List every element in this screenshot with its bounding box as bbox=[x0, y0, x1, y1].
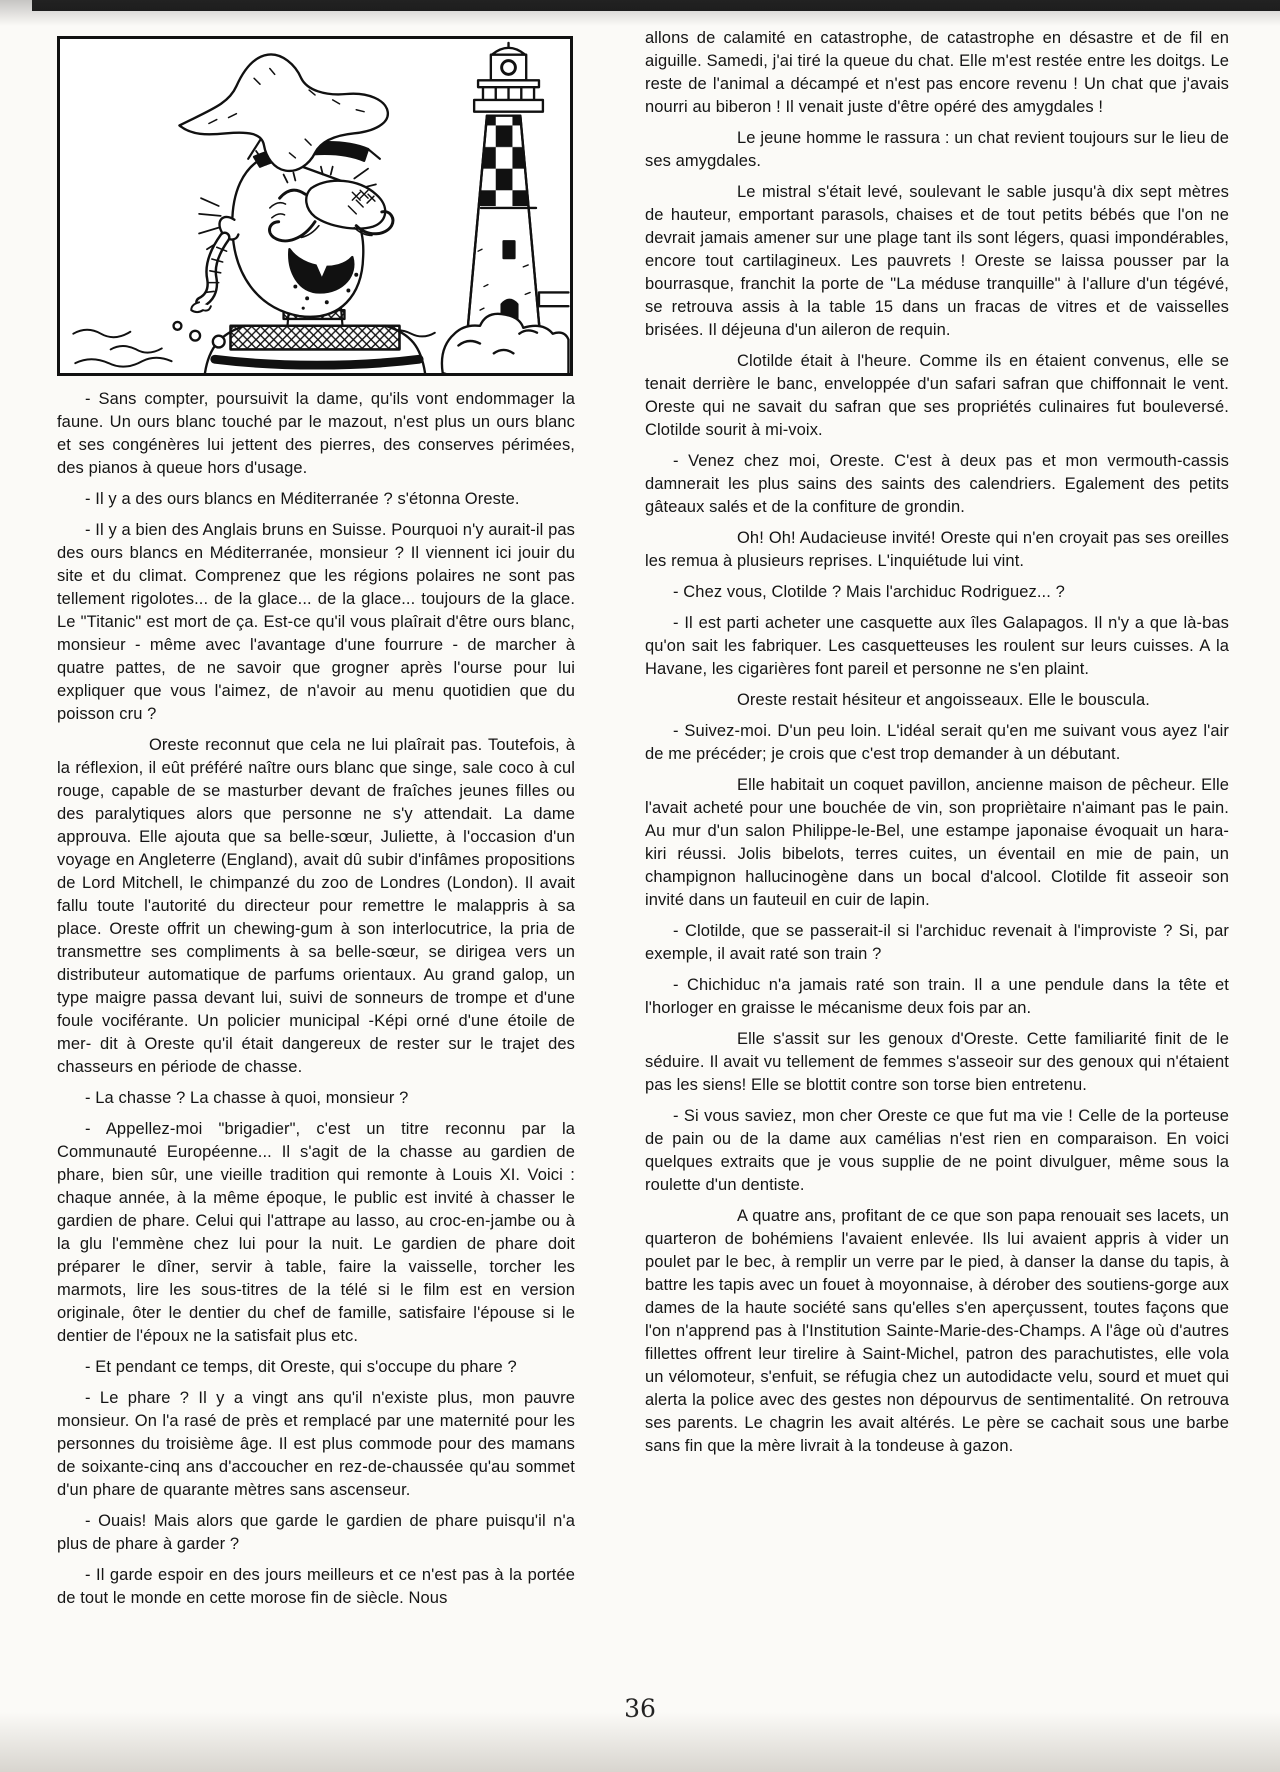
paragraph: Oh! Oh! Audacieuse invité! Oreste qui n'… bbox=[645, 527, 1229, 573]
paragraph: Oreste reconnut que cela ne lui plaîrait… bbox=[57, 734, 575, 1079]
paragraph: Elle habitait un coquet pavillon, ancien… bbox=[645, 774, 1229, 912]
paragraph: Le jeune homme le rassura : un chat revi… bbox=[645, 127, 1229, 173]
text-column-left: - Sans compter, poursuivit la dame, qu'i… bbox=[57, 388, 575, 1618]
scanned-book-page: - Sans compter, poursuivit la dame, qu'i… bbox=[0, 0, 1280, 1772]
scan-artifact-bottom-shade bbox=[0, 1712, 1280, 1772]
tassel bbox=[174, 237, 227, 347]
lighthouse bbox=[442, 43, 569, 373]
text-column-right: allons de calamité en catastrophe, de ca… bbox=[645, 27, 1229, 1466]
scan-artifact-top-shade bbox=[0, 0, 1280, 26]
paragraph: - Il garde espoir en des jours meilleurs… bbox=[57, 1564, 575, 1610]
paragraph: - Le phare ? Il y a vingt ans qu'il n'ex… bbox=[57, 1387, 575, 1502]
sailor bbox=[174, 55, 425, 373]
paragraph: Clotilde était à l'heure. Comme ils en é… bbox=[645, 350, 1229, 442]
paragraph: - Et pendant ce temps, dit Oreste, qui s… bbox=[57, 1356, 575, 1379]
paragraph: Elle s'assit sur les genoux d'Oreste. Ce… bbox=[645, 1028, 1229, 1097]
paragraph: allons de calamité en catastrophe, de ca… bbox=[645, 27, 1229, 119]
paragraph: - Ouais! Mais alors que garde le gardien… bbox=[57, 1510, 575, 1556]
paragraph: A quatre ans, profitant de ce que son pa… bbox=[645, 1205, 1229, 1458]
paragraph: - Il est parti acheter une casquette aux… bbox=[645, 612, 1229, 681]
illustration-frame bbox=[57, 36, 573, 376]
paragraph: - Chichiduc n'a jamais raté son train. I… bbox=[645, 974, 1229, 1020]
paragraph: - Chez vous, Clotilde ? Mais l'archiduc … bbox=[645, 581, 1229, 604]
paragraph: Oreste restait hésiteur et angoisseaux. … bbox=[645, 689, 1229, 712]
paragraph: Le mistral s'était levé, soulevant le sa… bbox=[645, 181, 1229, 342]
paragraph: - Suivez-moi. D'un peu loin. L'idéal ser… bbox=[645, 720, 1229, 766]
paragraph: - Il y a des ours blancs en Méditerranée… bbox=[57, 488, 575, 511]
paragraph: - Sans compter, poursuivit la dame, qu'i… bbox=[57, 388, 575, 480]
paragraph: - Si vous saviez, mon cher Oreste ce que… bbox=[645, 1105, 1229, 1197]
paragraph: - Venez chez moi, Oreste. C'est à deux p… bbox=[645, 450, 1229, 519]
paragraph: - Appellez-moi "brigadier", c'est un tit… bbox=[57, 1118, 575, 1348]
paragraph: - La chasse ? La chasse à quoi, monsieur… bbox=[57, 1087, 575, 1110]
sailor-starfish-lighthouse-drawing bbox=[60, 39, 570, 373]
paragraph: - Il y a bien des Anglais bruns en Suiss… bbox=[57, 519, 575, 726]
paragraph: - Clotilde, que se passerait-il si l'arc… bbox=[645, 920, 1229, 966]
